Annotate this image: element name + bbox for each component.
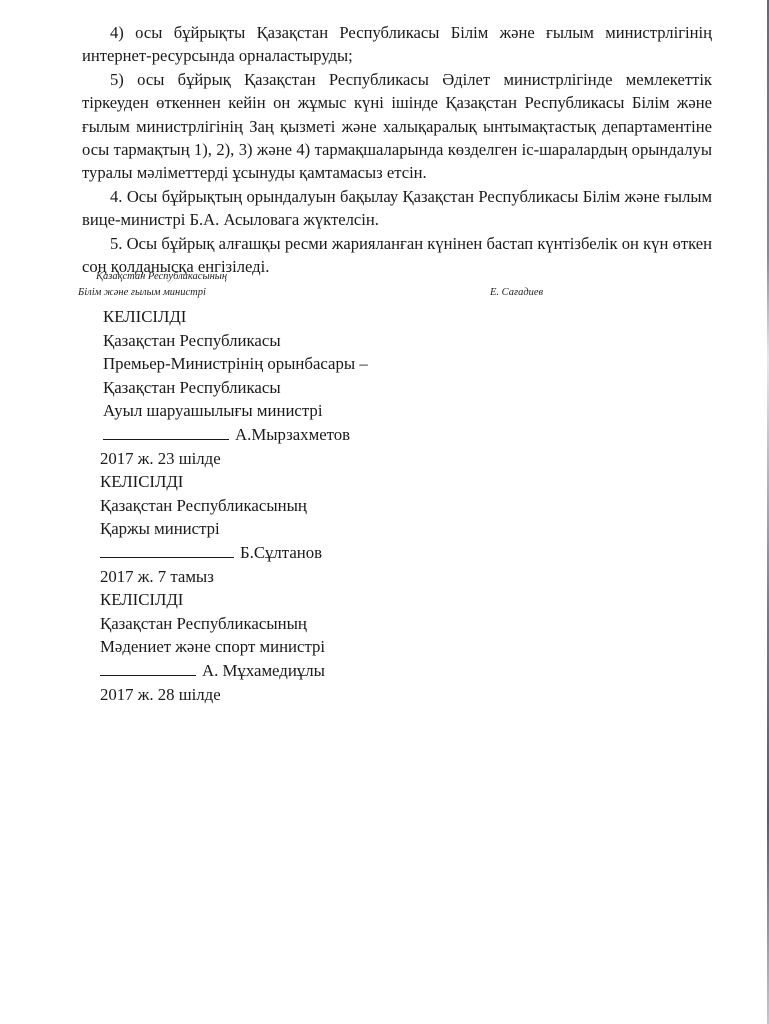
- agreement-heading: КЕЛІСІЛДІ: [0, 588, 500, 612]
- document-page: 4) осы бұйрықты Қазақстан Республикасы Б…: [0, 0, 769, 1024]
- agreement-line: Қазақстан Республикасының: [0, 612, 500, 636]
- agreement-line: Қазақстан Республикасының: [0, 494, 500, 518]
- agreement-signatory: А.Мырзахметов: [235, 425, 350, 444]
- order-body-text: 4) осы бұйрықты Қазақстан Республикасы Б…: [82, 21, 712, 278]
- agreement-date: 2017 ж. 23 шілде: [0, 447, 500, 471]
- paragraph-clause-4: 4. Осы бұйрықтың орындалуын бақылау Қаза…: [82, 185, 712, 232]
- minister-signature-block: Қазақстан Республикасының Білім және ғыл…: [0, 269, 769, 303]
- agreement-signatory-line: А. Мұхамедиұлы: [0, 659, 500, 683]
- agreement-signatory: А. Мұхамедиұлы: [202, 661, 325, 680]
- signature-title-line1: Қазақстан Республикасының: [96, 269, 227, 285]
- agreement-line: Премьер-Министрінің орынбасары –: [0, 352, 500, 376]
- agreement-block-agriculture: КЕЛІСІЛДІ Қазақстан Республикасы Премьер…: [0, 305, 500, 470]
- agreement-line: Ауыл шаруашылығы министрі: [0, 399, 500, 423]
- signature-blank-line: [103, 423, 229, 440]
- agreement-date: 2017 ж. 28 шілде: [0, 683, 500, 707]
- agreement-block-finance: КЕЛІСІЛДІ Қазақстан Республикасының Қарж…: [0, 470, 500, 588]
- agreement-line: Мәдениет және спорт министрі: [0, 635, 500, 659]
- signature-blank-line: [100, 659, 196, 676]
- agreements-section: КЕЛІСІЛДІ Қазақстан Республикасы Премьер…: [0, 305, 500, 706]
- agreement-heading: КЕЛІСІЛДІ: [0, 470, 500, 494]
- agreement-line: Қазақстан Республикасы: [0, 329, 500, 353]
- agreement-signatory-line: А.Мырзахметов: [0, 423, 500, 447]
- agreement-block-culture-sport: КЕЛІСІЛДІ Қазақстан Республикасының Мәде…: [0, 588, 500, 706]
- signature-title-line2: Білім және ғылым министрі: [78, 285, 206, 301]
- agreement-signatory-line: Б.Сұлтанов: [0, 541, 500, 565]
- agreement-line: Қазақстан Республикасы: [0, 376, 500, 400]
- agreement-line: Қаржы министрі: [0, 517, 500, 541]
- signature-name: Е. Сағадиев: [490, 285, 543, 301]
- paragraph-item-4: 4) осы бұйрықты Қазақстан Республикасы Б…: [82, 21, 712, 68]
- paragraph-item-5: 5) осы бұйрық Қазақстан Республикасы Әді…: [82, 68, 712, 185]
- signature-blank-line: [100, 541, 234, 558]
- agreement-heading: КЕЛІСІЛДІ: [0, 305, 500, 329]
- agreement-signatory: Б.Сұлтанов: [240, 543, 322, 562]
- agreement-date: 2017 ж. 7 тамыз: [0, 565, 500, 589]
